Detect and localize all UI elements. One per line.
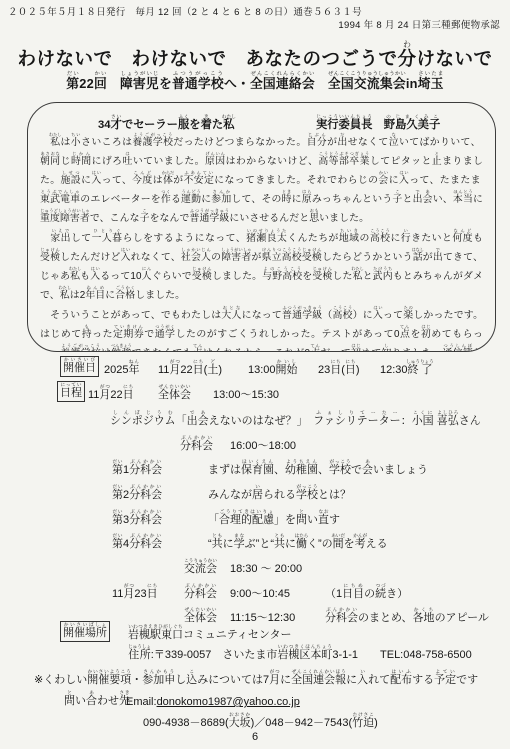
label-event-dates: 開催日かいさいび <box>60 356 99 377</box>
day1-date: 11月がつ22日にち <box>88 384 134 402</box>
phone-row: 090-4938－8689(大坂おおさか)／048－942－7543(竹迫たけさ… <box>0 708 510 731</box>
contact-phones: 090-4938－8689(大坂おおさか)／048－942－7543(竹迫たけさ… <box>143 712 378 730</box>
label-contact: 問とい合あわせ先さき <box>64 690 130 708</box>
essay-paragraph-1: 私わたしは小ちいさいころは養護学校ようごがっこうだったけどつまらなかった。自分じ… <box>40 132 483 228</box>
email-address: donokomo1987@yahoo.co.jp <box>157 696 300 708</box>
session-1-no: 第だい1分科会ぶんかかい <box>112 459 162 477</box>
page-title: わけないで わけないで あなたのつごうで分わけないで <box>0 40 510 71</box>
venue-address-row: 住所じゅうしょ:〒339-0057 さいたま市岩槻区本町いわつきくほんちょう3-… <box>0 640 510 663</box>
day1-plenary-name: 全体会ぜんたいかい <box>158 384 191 402</box>
distribution-note: ※くわしい開催要項かいさいようこう・参加申さんかもうし込こみについては7月がつに… <box>34 669 478 687</box>
masthead-issue-line: ２０２５年５月１８日発行 毎月 12 回（2 と 4 と 6 と 8 の日）通巻… <box>8 4 362 18</box>
page-number: 6 <box>0 731 510 743</box>
session-1-desc: まずは保育園ほいくえん、幼稚園ようちえん、学校がっこうで会あいましょう <box>208 459 428 477</box>
day2-breakout-time: 9:00～10:45 <box>230 585 290 601</box>
essay-box: 34才さいでセーラー服ふくを着きた私わたし 実行委員長じっこういいんちょう 野島… <box>27 102 496 352</box>
event-end: 12:30終了しゅうりょう <box>380 359 434 377</box>
essay-title: 34才さいでセーラー服ふくを着きた私わたし <box>98 115 236 132</box>
day2-breakout-name: 分科会ぶんかかい <box>184 583 217 601</box>
social-name: 交流会こうりゅうかい <box>184 558 217 576</box>
day1-plenary-time: 13:00～15:30 <box>213 386 279 402</box>
contact-email-line: Email:donokomo1987@yahoo.co.jp <box>126 696 300 708</box>
schedule-row-session-4: 第だい4分科会ぶんかかい “共ともに学まなぶ”と“共ともに働はたらく”の間あいだ… <box>0 529 510 552</box>
newsletter-page: ２０２５年５月１８日発行 毎月 12 回（2 と 4 と 6 と 8 の日）通巻… <box>0 0 510 749</box>
session-4-no: 第だい4分科会ぶんかかい <box>112 533 162 551</box>
session-3-desc: 「合理的配慮ごうりてきはいりょ」を問とい直なおす <box>208 509 340 527</box>
social-time: 18:30 ～ 20:00 <box>230 560 302 576</box>
schedule-row-social: 交流会こうりゅうかい 18:30 ～ 20:00 <box>0 554 510 577</box>
schedule-row-breakout-time: 分科会ぶんかかい 16:00～18:00 <box>0 431 510 454</box>
event-start: 13:00開始かいし <box>248 359 298 377</box>
schedule-row-day2-breakout: 11月がつ23日にち 分科会ぶんかかい 9:00～10:45 （1日目にちめの続… <box>0 579 510 602</box>
essay-heading: 34才さいでセーラー服ふくを着きた私わたし 実行委員長じっこういいんちょう 野島… <box>40 108 483 132</box>
schedule-row-session-2: 第だい2分科会ぶんかかい みんなが居いられる学校がっこうとは？ <box>0 480 510 503</box>
day2-date: 11月がつ23日にち <box>112 583 158 601</box>
session-2-desc: みんなが居いられる学校がっこうとは？ <box>208 484 351 502</box>
masthead-postal-line: 1994 年 8 月 24 日第三種郵便物承認 <box>338 17 500 31</box>
schedule-row-session-1: 第だい1分科会ぶんかかい まずは保育園ほいくえん、幼稚園ようちえん、学校がっこう… <box>0 455 510 478</box>
essay-paragraph-2: 家出いえでして一人暮ひとりぐらしをするようになって、猪瀬良太いのせりょうたくんた… <box>40 228 483 305</box>
symposium-line: シンポジウムしんぽじうむ「出会であえないのはなぜ？」 ファシリテーターふぁしりて… <box>110 410 481 428</box>
breakout-name: 分科会ぶんかかい <box>180 435 213 453</box>
label-venue: 開催場所かいさいばしょ <box>60 621 110 642</box>
day2-breakout-note: （1日目にちめの続つづき） <box>325 583 408 601</box>
schedule-row-day1-plenary: 日程にってい 11月がつ22日にち 全体会ぜんたいかい 13:00～15:30 <box>0 380 510 403</box>
session-3-no: 第だい3分科会ぶんかかい <box>112 509 162 527</box>
event-year: 2025年ねん <box>104 359 139 377</box>
event-subtitle: 第だい22回かい 障害児しょうがいじを普通学校ふつうがっこうへ・全国連絡会ぜんこ… <box>0 71 510 92</box>
schedule-row-dates: 開催日かいさいび 2025年ねん 11月がつ22日にち(土ど) 13:00開始か… <box>0 355 510 378</box>
schedule-row-session-3: 第だい3分科会ぶんかかい 「合理的配慮ごうりてきはいりょ」を問とい直なおす <box>0 505 510 528</box>
contact-row: 問とい合あわせ先さき Email:donokomo1987@yahoo.co.j… <box>0 686 510 709</box>
session-2-no: 第だい2分科会ぶんかかい <box>112 484 162 502</box>
breakout-time: 16:00～18:00 <box>230 437 296 453</box>
event-day2: 23日にち(日にち) <box>318 359 360 377</box>
email-label: Email: <box>126 696 157 708</box>
venue-address: 住所じゅうしょ:〒339-0057 さいたま市岩槻区本町いわつきくほんちょう3-… <box>128 644 472 662</box>
event-day1: 11月がつ22日にち(土ど) <box>158 359 222 377</box>
label-program: 日程にってい <box>57 381 85 402</box>
note-row: ※くわしい開催要項かいさいようこう・参加申さんかもうし込こみについては7月がつに… <box>0 665 510 688</box>
session-4-desc: “共ともに学まなぶ”と“共ともに働はたらく”の間あいだを考かんがえる <box>208 533 388 551</box>
essay-author: 実行委員長じっこういいんちょう 野島久美子のじまくみこ <box>316 115 440 132</box>
schedule-row-symposium: シンポジウムしんぽじうむ「出会であえないのはなぜ？」 ファシリテーターふぁしりて… <box>0 406 510 429</box>
essay-paragraph-3: そういうことがあって、でもわたしは大人おとなになって普通学級ふつうがっきゅう（高… <box>40 305 483 352</box>
